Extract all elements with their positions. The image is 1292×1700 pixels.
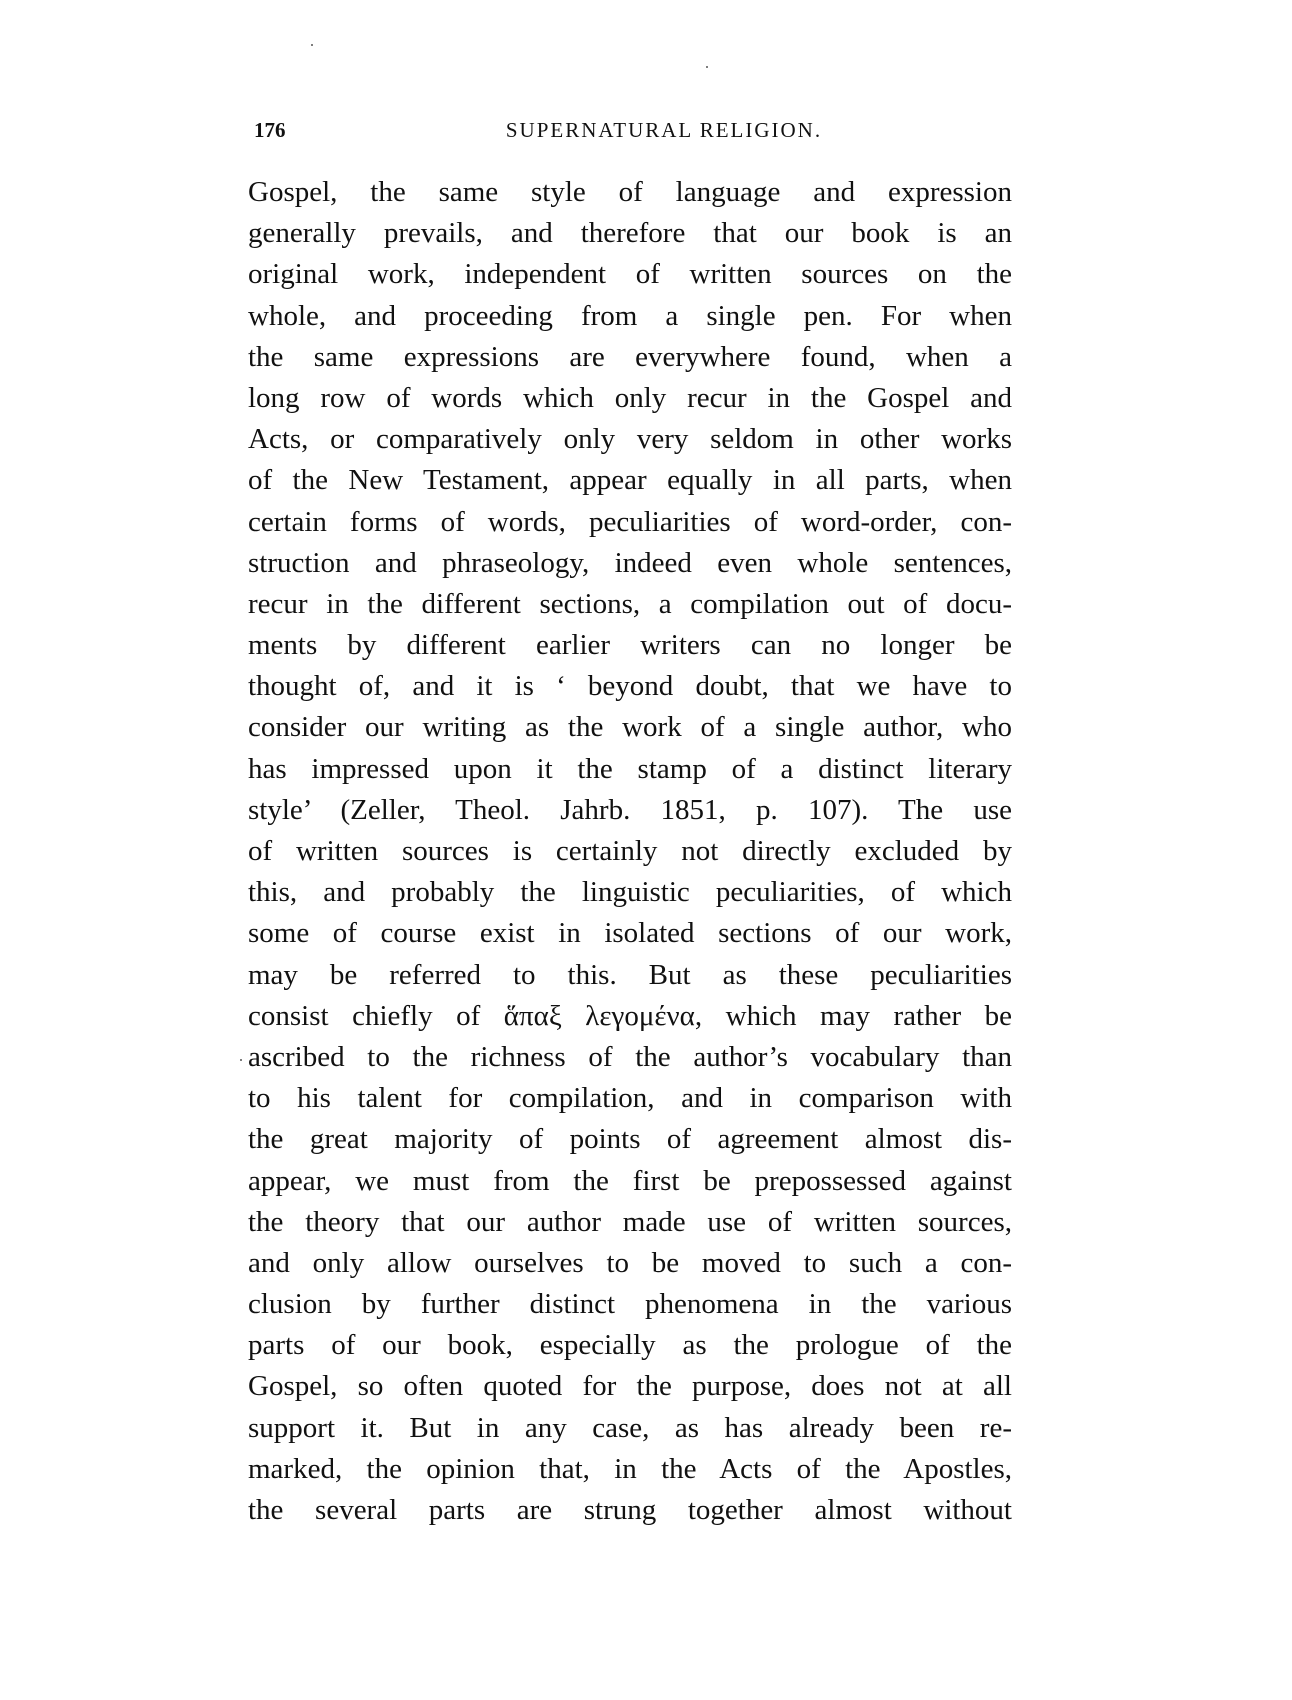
text-line: the several parts are strung together al…: [248, 1490, 1012, 1531]
text-line: parts of our book, especially as the pro…: [248, 1325, 1012, 1366]
body-text: Gospel, the same style of language and e…: [248, 172, 1012, 1531]
book-page: 176 SUPERNATURAL RELIGION. Gospel, the s…: [0, 0, 1292, 1700]
running-title: SUPERNATURAL RELIGION.: [374, 118, 954, 143]
text-line: may be referred to this. But as these pe…: [248, 955, 1012, 996]
text-line: Gospel, the same style of language and e…: [248, 172, 1012, 213]
text-line: this, and probably the linguistic peculi…: [248, 872, 1012, 913]
scan-speck: [311, 44, 313, 46]
text-line: long row of words which only recur in th…: [248, 378, 1012, 419]
text-line: ascribed to the richness of the author’s…: [248, 1037, 1012, 1078]
text-line: certain forms of words, peculiarities of…: [248, 502, 1012, 543]
text-line: original work, independent of written so…: [248, 254, 1012, 295]
text-line: the theory that our author made use of w…: [248, 1202, 1012, 1243]
text-line: struction and phraseology, indeed even w…: [248, 543, 1012, 584]
page-header: 176 SUPERNATURAL RELIGION.: [254, 118, 1014, 148]
text-line: thought of, and it is ‘ beyond doubt, th…: [248, 666, 1012, 707]
text-line: consider our writing as the work of a si…: [248, 707, 1012, 748]
text-line: Acts, or comparatively only very seldom …: [248, 419, 1012, 460]
scan-speck: [240, 1059, 242, 1061]
text-line: whole, and proceeding from a single pen.…: [248, 296, 1012, 337]
text-line: some of course exist in isolated section…: [248, 913, 1012, 954]
text-line: Gospel, so often quoted for the purpose,…: [248, 1366, 1012, 1407]
page-number: 176: [254, 118, 286, 143]
text-line: recur in the different sections, a compi…: [248, 584, 1012, 625]
text-line: generally prevails, and therefore that o…: [248, 213, 1012, 254]
text-line: of written sources is certainly not dire…: [248, 831, 1012, 872]
text-line: consist chiefly of ἅπαξ λεγομένα, which …: [248, 996, 1012, 1037]
text-line: style’ (Zeller, Theol. Jahrb. 1851, p. 1…: [248, 790, 1012, 831]
text-line: clusion by further distinct phenomena in…: [248, 1284, 1012, 1325]
text-line: of the New Testament, appear equally in …: [248, 460, 1012, 501]
text-line: has impressed upon it the stamp of a dis…: [248, 749, 1012, 790]
text-line: marked, the opinion that, in the Acts of…: [248, 1449, 1012, 1490]
text-line: appear, we must from the first be prepos…: [248, 1161, 1012, 1202]
text-line: support it. But in any case, as has alre…: [248, 1408, 1012, 1449]
scan-speck: [706, 66, 708, 68]
text-line: ments by different earlier writers can n…: [248, 625, 1012, 666]
text-line: the great majority of points of agreemen…: [248, 1119, 1012, 1160]
text-line: and only allow ourselves to be moved to …: [248, 1243, 1012, 1284]
text-line: the same expressions are everywhere foun…: [248, 337, 1012, 378]
text-line: to his talent for compilation, and in co…: [248, 1078, 1012, 1119]
